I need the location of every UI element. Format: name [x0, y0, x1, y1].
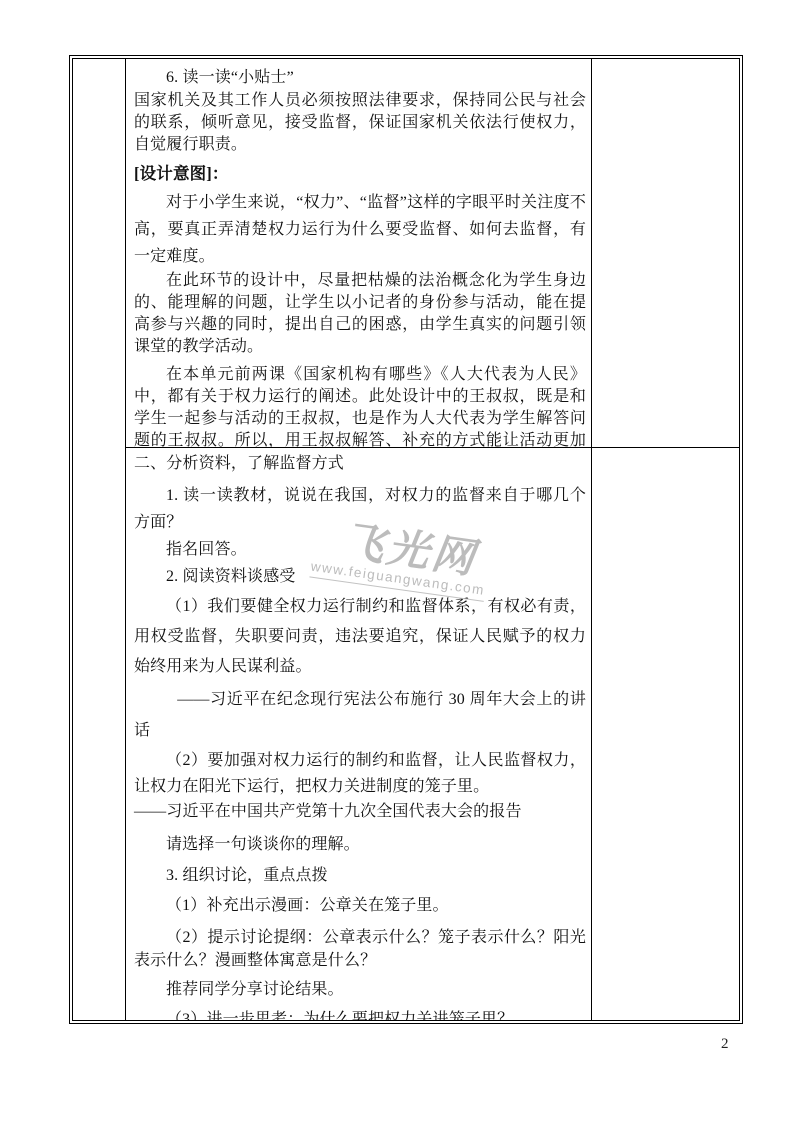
- named-answer-note: 指名回答。: [134, 536, 586, 563]
- content-cell-row2: 二、分析资料，了解监督方式 1. 读一读教材，说说在我国，对权力的监督来自于哪几…: [126, 448, 591, 1020]
- table-column-right-empty: [592, 59, 739, 1020]
- design-intent-heading: [设计意图]：: [134, 162, 586, 186]
- quote-2-source: ——习近平在中国共产党第十九次全国代表大会的报告: [134, 800, 586, 823]
- choose-sentence-prompt: 请选择一句谈谈你的理解。: [134, 828, 586, 861]
- discussion-point-2-outline: （2）提示讨论提纲：公章表示什么？笼子表示什么？阳光表示什么？漫画整体寓意是什么…: [134, 926, 586, 972]
- right-cell-row1-empty: [592, 59, 739, 448]
- quote-2-text: （2）要加强对权力运行的制约和监督，让人民监督权力，让权力在阳光下运行，把权力关…: [134, 748, 586, 800]
- page-number: 2: [721, 1036, 729, 1053]
- activity-2-read-material: 2. 阅读资料谈感受: [134, 563, 586, 591]
- table-column-content: 6. 读一读“小贴士” 国家机关及其工作人员必须按照法律要求，保持同公民与社会的…: [126, 59, 592, 1020]
- quote-1-text: （1）我们要健全权力运行制约和监督体系，有权必有责，用权受监督，失职要问责，违法…: [134, 592, 586, 682]
- quote-1-source: ——习近平在纪念现行宪法公布施行 30 周年大会上的讲话: [134, 684, 586, 746]
- section-2-heading: 二、分析资料，了解监督方式: [134, 452, 586, 476]
- discussion-point-1-cartoon: （1）补充出示漫画：公章关在笼子里。: [134, 891, 586, 921]
- design-intent-para-1: 对于小学生来说，“权力”、“监督”这样的字眼平时关注度不高，要真正弄清楚权力运行…: [134, 189, 586, 270]
- right-cell-row2-empty: [592, 448, 739, 1020]
- discussion-point-3-thinking: （3）进一步思考：为什么要把权力关进笼子里？: [134, 1005, 586, 1020]
- design-intent-para-2: 在此环节的设计中，尽量把枯燥的法治概念化为学生身边的、能理解的问题，让学生以小记…: [134, 270, 586, 358]
- design-intent-para-3: 在本单元前两课《国家机构有哪些》《人大代表为人民》中，都有关于权力运行的阐述。此…: [134, 364, 586, 448]
- step-6-heading: 6. 读一读“小贴士”: [134, 67, 586, 89]
- content-cell-row1: 6. 读一读“小贴士” 国家机关及其工作人员必须按照法律要求，保持同公民与社会的…: [126, 59, 591, 448]
- lesson-plan-table: 6. 读一读“小贴士” 国家机关及其工作人员必须按照法律要求，保持同公民与社会的…: [69, 55, 743, 1024]
- activity-3-discussion: 3. 组织讨论，重点点拨: [134, 861, 586, 891]
- table-column-left-empty: [73, 59, 126, 1020]
- share-results-note: 推荐同学分享讨论结果。: [134, 975, 586, 1005]
- activity-1-read-textbook: 1. 读一读教材，说说在我国，对权力的监督来自于哪几个方面？: [134, 482, 586, 536]
- tip-body-text: 国家机关及其工作人员必须按照法律要求，保持同公民与社会的联系，倾听意见，接受监督…: [134, 90, 586, 156]
